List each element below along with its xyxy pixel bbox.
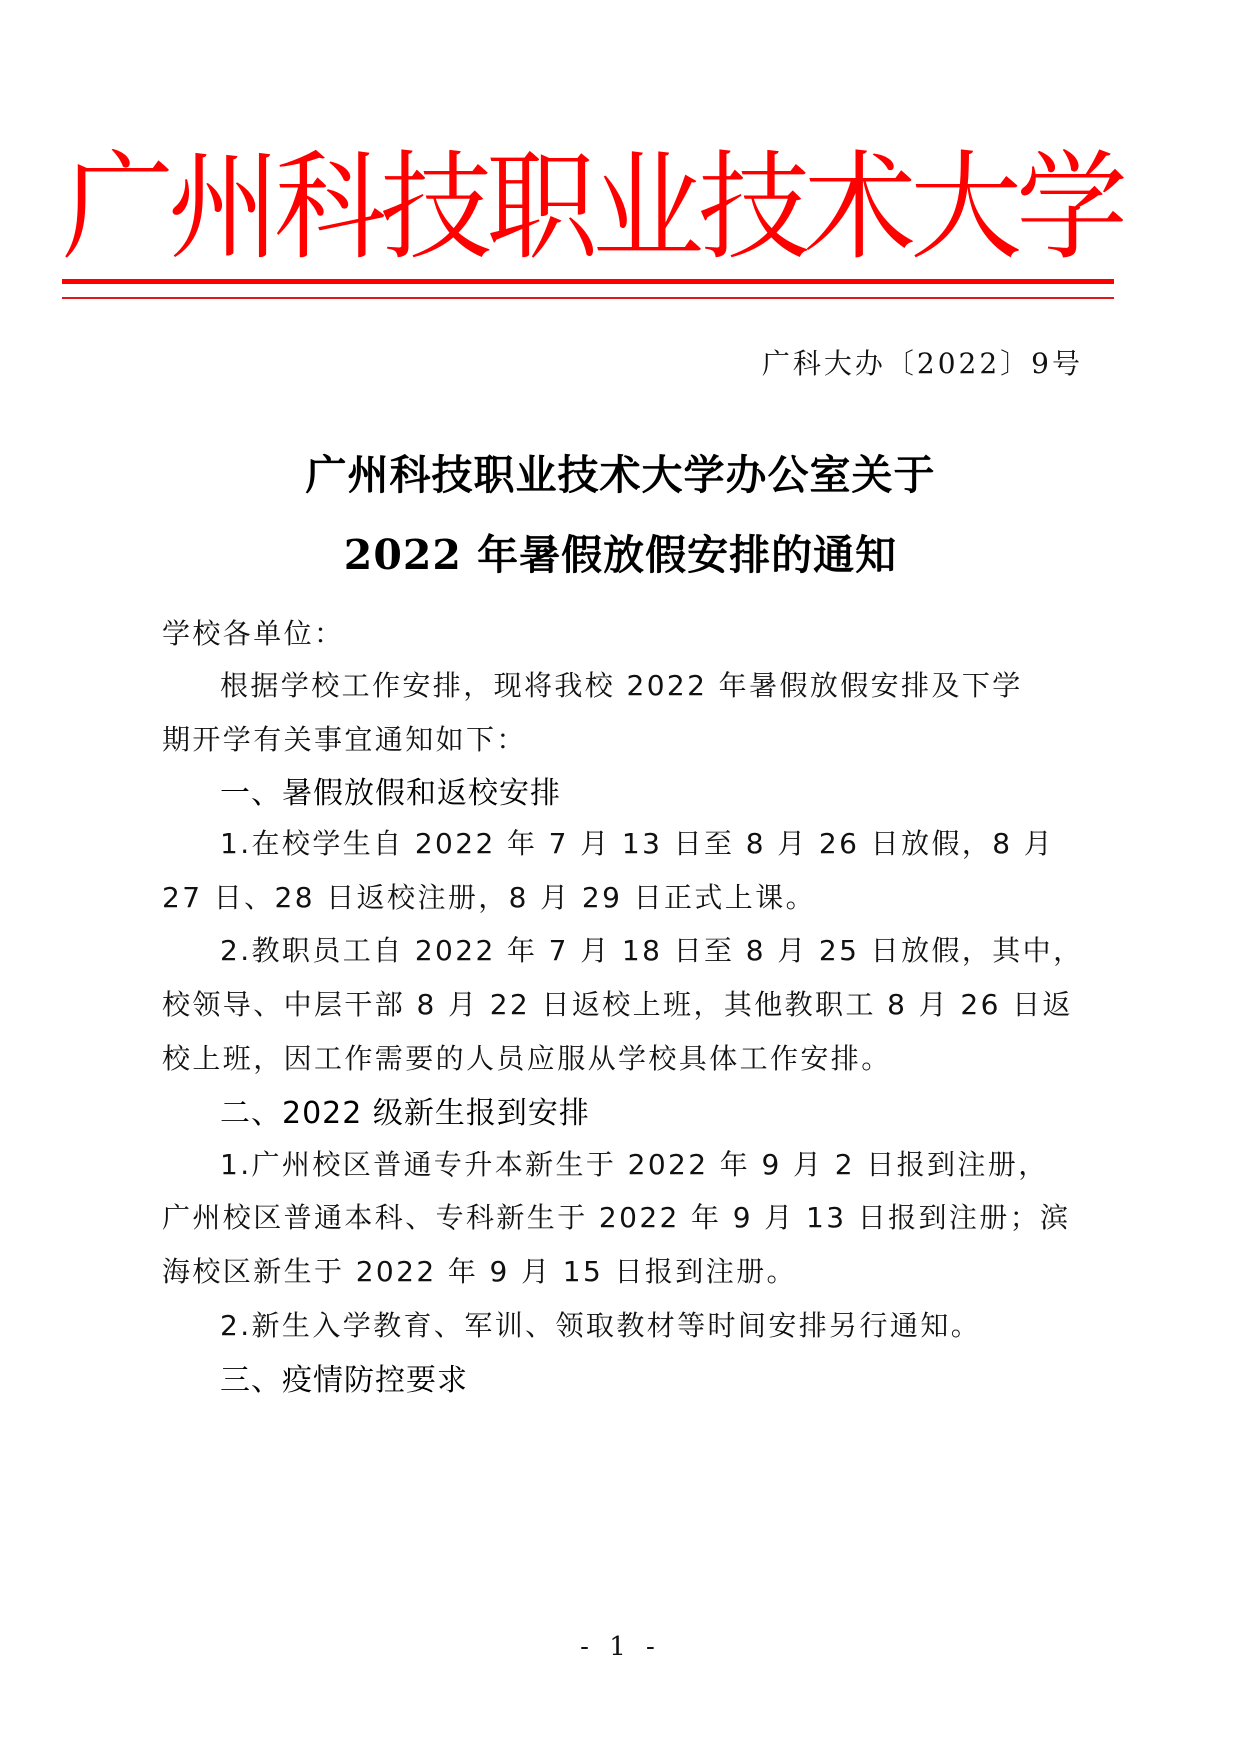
document-title-line-2: 2022 年暑假放假安排的通知 bbox=[0, 522, 1241, 581]
section-1-item-2-line-3: 校上班，因工作需要的人员应服从学校具体工作安排。 bbox=[162, 1037, 1082, 1077]
document-title-line-1: 广州科技职业技术大学办公室关于 bbox=[0, 442, 1241, 501]
section-heading-1: 一、暑假放假和返校安排 bbox=[220, 768, 561, 812]
section-1-item-1-line-2: 27 日、28 日返校注册，8 月 29 日正式上课。 bbox=[162, 876, 1082, 916]
section-1-item-2-line-2: 校领导、中层干部 8 月 22 日返校上班，其他教职工 8 月 26 日返 bbox=[162, 983, 1082, 1023]
letterhead-thin-red-rule bbox=[62, 297, 1114, 299]
letterhead-thick-red-rule bbox=[62, 279, 1114, 284]
section-heading-3: 三、疫情防控要求 bbox=[220, 1355, 468, 1399]
section-heading-2: 二、2022 级新生报到安排 bbox=[220, 1088, 590, 1132]
document-page: 广州科技职业技术大学 广科大办〔2022〕9号 广州科技职业技术大学办公室关于 … bbox=[0, 0, 1241, 1754]
page-number: - 1 - bbox=[0, 1632, 1241, 1662]
section-2-item-2-line-1: 2.新生入学教育、军训、领取教材等时间安排另行通知。 bbox=[220, 1304, 1140, 1344]
section-1-item-1-line-1: 1.在校学生自 2022 年 7 月 13 日至 8 月 26 日放假，8 月 bbox=[220, 822, 1140, 862]
letterhead-institution-name: 广州科技职业技术大学 bbox=[62, 140, 1114, 277]
section-1-item-2-line-1: 2.教职员工自 2022 年 7 月 18 日至 8 月 25 日放假，其中， bbox=[220, 929, 1140, 969]
document-number: 广科大办〔2022〕9号 bbox=[762, 342, 1083, 382]
salutation: 学校各单位： bbox=[162, 612, 1082, 652]
section-2-item-1-line-3: 海校区新生于 2022 年 9 月 15 日报到注册。 bbox=[162, 1250, 1082, 1290]
intro-line-2: 期开学有关事宜通知如下： bbox=[162, 718, 1082, 758]
section-2-item-1-line-1: 1.广州校区普通专升本新生于 2022 年 9 月 2 日报到注册， bbox=[220, 1143, 1140, 1183]
section-2-item-1-line-2: 广州校区普通本科、专科新生于 2022 年 9 月 13 日报到注册；滨 bbox=[162, 1196, 1082, 1236]
intro-line-1: 根据学校工作安排，现将我校 2022 年暑假放假安排及下学 bbox=[220, 664, 1140, 704]
